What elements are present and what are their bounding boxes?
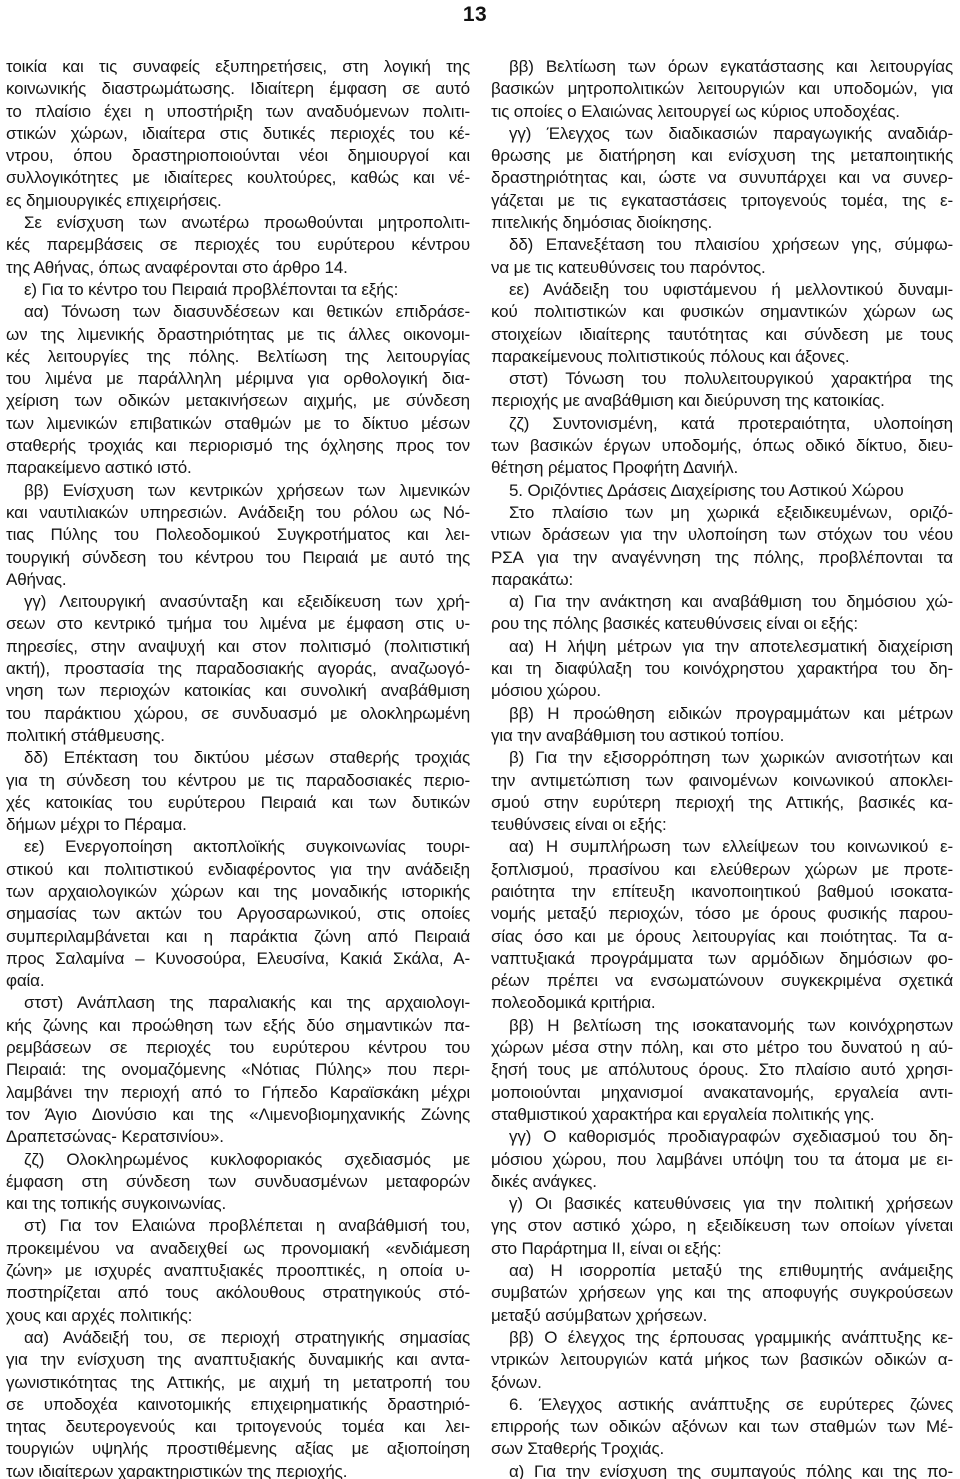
paragraph: 6. Έλεγχος αστικής ανάπτυξης σε ευρύτερε… (491, 1394, 953, 1461)
text-line: ρέων πρέπει να ενσωματώνουν συγκεκριμένα… (491, 970, 953, 992)
text-line: συμπεριλαμβάνεται και η παράκτια ζώνη απ… (6, 926, 470, 948)
text-line: παρακείμενο αστικό ιστό. (6, 457, 470, 479)
paragraph: 5. Οριζόντιες Δράσεις Διαχείρισης του Ασ… (491, 480, 953, 502)
text-line: τουργική σύνδεση του κέντρου του Πειραιά… (6, 547, 470, 569)
paragraph: στ) Για τον Ελαιώνα προβλέπεται η αναβάθ… (6, 1215, 470, 1326)
text-line: μοποιούνται μηχανισμοί ανακατανομής, εργ… (491, 1082, 953, 1104)
text-line: γάζεται με τις εγκαταστάσεις τριτογενούς… (491, 190, 953, 212)
text-line: ακτή), προστασία της παραδοσιακής αγοράς… (6, 658, 470, 680)
paragraph: ε) Για το κέντρο του Πειραιά προβλέποντα… (6, 279, 470, 301)
text-line: περιοχής με αναβάθμιση και διεύρυνση της… (491, 390, 953, 412)
text-line: μόσιου χώρου. (491, 680, 953, 702)
text-line: επιρροής των οδικών αξόνων και των σταθμ… (491, 1416, 953, 1438)
text-line: γης στον αστικό χώρο, η εξειδίκευση των … (491, 1215, 953, 1237)
paragraph: εε) Ανάδειξη του υφιστάμενου ή μελλοντικ… (491, 279, 953, 368)
paragraph: αα) Ανάδειξή του, σε περιοχή στρατηγικής… (6, 1327, 470, 1479)
text-line: στστ) Τόνωση του πολυλειτουργικού χαρακτ… (491, 368, 953, 390)
paragraph: στστ) Ανάπλαση της παραλιακής και της αρ… (6, 992, 470, 1148)
text-line: αα) Η συμπλήρωση των ελλείψεων του κοινω… (491, 836, 953, 858)
text-line: γγ) Λειτουργική ανασύνταξη και εξειδίκευ… (6, 591, 470, 613)
text-line: κής ζώνης και προώθηση των εξής δύο σημα… (6, 1015, 470, 1037)
text-line: Στο πλαίσιο των μη χωρικά εξειδικευμένων… (491, 502, 953, 524)
paragraph: ββ) Ενίσχυση των κεντρικών χρήσεων των λ… (6, 480, 470, 591)
paragraph: ββ) Η προώθηση ειδικών προγραμμάτων και … (491, 703, 953, 748)
text-line: θρωσης με διατήρηση και ενίσχυση της μετ… (491, 145, 953, 167)
text-line: του παράκτιου χώρου, σε συνδυασμό με ολο… (6, 703, 470, 725)
paragraph: αα) Η συμπλήρωση των ελλείψεων του κοινω… (491, 836, 953, 1014)
text-line: των βασικών έργων υποδομής, όπως οδικό δ… (491, 435, 953, 457)
text-line: ων της λιμενικής δραστηριότητας με τις ά… (6, 324, 470, 346)
paragraph: γγ) Ο καθορισμός προδιαγραφών σχεδιασμού… (491, 1126, 953, 1193)
text-line: ναπτυξιακά προγράμματα των αρμόδιων δημό… (491, 948, 953, 970)
text-line: προς Σαλαμίνα – Κυνοσούρα, Ελευσίνα, Κακ… (6, 948, 470, 970)
text-line: και ναυτιλιακών υπηρεσιών. Ανάδειξη του … (6, 502, 470, 524)
text-line: ζζ) Συντονισμένη, κατά προτεραιότητα, υλ… (491, 413, 953, 435)
text-line: και της τοπικής συγκοινωνίας. (6, 1193, 470, 1215)
text-line: ραιότητα την επίτευξη ικανοποιητικού βαθ… (491, 881, 953, 903)
text-line: των αρχαιολογικών χώρων και της μοναδική… (6, 881, 470, 903)
text-line: ββ) Βελτίωση των όρων εγκατάστασης και λ… (491, 56, 953, 78)
text-line: συμβατών χρήσεων γης και της αποφυγής συ… (491, 1282, 953, 1304)
text-line: αα) Η λήψη μέτρων για την αποτελεσματική… (491, 636, 953, 658)
right-column: ββ) Βελτίωση των όρων εγκατάστασης και λ… (491, 56, 953, 1479)
paragraph: ββ) Βελτίωση των όρων εγκατάστασης και λ… (491, 56, 953, 123)
text-line: ρου της πόλης βασικές κατευθύνσεις είναι… (491, 613, 953, 635)
text-line: πηρεσίες, στην αναψυχή και στον πολιτισμ… (6, 636, 470, 658)
text-line: γ) Οι βασικές κατευθύνσεις για την πολιτ… (491, 1193, 953, 1215)
paragraph: τοικία και τις συναφείς εξυπηρετήσεις, σ… (6, 56, 470, 212)
text-line: την αντιμετώπιση των φαινομένων κοινωνικ… (491, 770, 953, 792)
text-line: αα) Ανάδειξή του, σε περιοχή στρατηγικής… (6, 1327, 470, 1349)
text-line: τουργιών υψηλής προστιθέμενης αξίας με α… (6, 1438, 470, 1460)
text-line: έμφαση στη σύνδεση των συνδυασμένων μετα… (6, 1171, 470, 1193)
text-line: ντρικών λειτουργιών κατά μήκος των βασικ… (491, 1349, 953, 1371)
paragraph: αα) Τόνωση των διασυνδέσεων και θετικών … (6, 301, 470, 479)
text-line: ββ) Ενίσχυση των κεντρικών χρήσεων των λ… (6, 480, 470, 502)
text-line: και τη διαφύλαξη του κοινόχρηστου χαρακτ… (491, 658, 953, 680)
text-line: για την αναβάθμιση του αστικού τοπίου. (491, 725, 953, 747)
text-line: ΡΣΑ για την αναγέννηση της πόλης, προβλέ… (491, 547, 953, 569)
text-line: ντιων δράσεων για την υλοποίηση των στόχ… (491, 524, 953, 546)
text-line: α) Για την ενίσχυση της συμπαγούς πόλης … (491, 1461, 953, 1479)
paragraph: γγ) Λειτουργική ανασύνταξη και εξειδίκευ… (6, 591, 470, 747)
text-line: κές λειτουργίες της πόλης. Βελτίωση της … (6, 346, 470, 368)
text-line: για τη σύνδεση του κέντρου με τις παραδο… (6, 770, 470, 792)
text-line: δδ) Επέκταση του δικτύου μέσων σταθερής … (6, 747, 470, 769)
text-line: για την ενίσχυση της αναπτυξιακής δυναμι… (6, 1349, 470, 1371)
paragraph: δδ) Επέκταση του δικτύου μέσων σταθερής … (6, 747, 470, 836)
text-line: το πλαίσιο έχει η υποστήριξη των αναδυόμ… (6, 101, 470, 123)
text-line: τις οποίες ο Ελαιώνας λειτουργεί ως κύρι… (491, 101, 953, 123)
text-line: α) Για την ανάκτηση και αναβάθμιση του δ… (491, 591, 953, 613)
text-line: τητας δευτερογενούς και τριτογενούς τομέ… (6, 1416, 470, 1438)
text-line: τευθύνσεις είναι οι εξής: (491, 814, 953, 836)
text-line: ζζ) Ολοκληρωμένος κυκλοφοριακός σχεδιασμ… (6, 1149, 470, 1171)
text-line: σταθερής τροχιάς και περιορισμό της όχλη… (6, 435, 470, 457)
left-column: τοικία και τις συναφείς εξυπηρετήσεις, σ… (6, 56, 470, 1479)
text-line: σεων στο κεντρικό τμήμα του λιμένα με έμ… (6, 613, 470, 635)
text-line: στο Παράρτημα ΙΙ, είναι οι εξής: (491, 1238, 953, 1260)
text-line: πολεοδομικά κριτήρια. (491, 992, 953, 1014)
text-line: πολιτική στάθμευσης. (6, 725, 470, 747)
text-line: τοικία και τις συναφείς εξυπηρετήσεις, σ… (6, 56, 470, 78)
text-line: ε) Για το κέντρο του Πειραιά προβλέποντα… (6, 279, 470, 301)
paragraph: αα) Η λήψη μέτρων για την αποτελεσματική… (491, 636, 953, 703)
text-line: ββ) Η βελτίωση της ισοκατανομής των κοιν… (491, 1015, 953, 1037)
text-line: ββ) Ο έλεγχος της έρπουσας γραμμικής ανά… (491, 1327, 953, 1349)
text-line: ποστηρίζεται από τους ακόλουθους στρατηγ… (6, 1282, 470, 1304)
text-line: χές κατοικίας του ευρύτερου Πειραιά και … (6, 792, 470, 814)
text-line: σημασίας των ακτών του Αργοσαρωνικού, στ… (6, 903, 470, 925)
paragraph: α) Για την ενίσχυση της συμπαγούς πόλης … (491, 1461, 953, 1479)
text-line: ντρου, όπου δραστηριοποιούνται νέοι δημι… (6, 145, 470, 167)
text-line: σμού στην ευρύτερη περιοχή της Αττικής, … (491, 792, 953, 814)
text-line: γωνιστικότητας της Αττικής, με αιχμή τη … (6, 1372, 470, 1394)
text-line: των ιδιαίτερων χαρακτηριστικών της περιο… (6, 1461, 470, 1479)
text-line: 6. Έλεγχος αστικής ανάπτυξης σε ευρύτερε… (491, 1394, 953, 1416)
text-line: ζώνη» με ισχυρές αναπτυξιακές προοπτικές… (6, 1260, 470, 1282)
text-line: λαμβάνει την περιοχή από το Γήπεδο Καραϊ… (6, 1082, 470, 1104)
text-line: σων Σταθερής Τροχιάς. (491, 1438, 953, 1460)
text-line: δικές ανάγκες. (491, 1171, 953, 1193)
text-line: κού πολιτιστικών και φυσικών σημαντικών … (491, 301, 953, 323)
paragraph: γγ) Έλεγχος των διαδικασιών παραγωγικής … (491, 123, 953, 234)
text-line: δραστηριότητας και, ώστε να συνυπάρχει κ… (491, 167, 953, 189)
text-line: τον Άγιο Διονύσιο και της «Λιμενοβιομηχα… (6, 1104, 470, 1126)
text-line: στστ) Ανάπλαση της παραλιακής και της αρ… (6, 992, 470, 1014)
paragraph: στστ) Τόνωση του πολυλειτουργικού χαρακτ… (491, 368, 953, 413)
paragraph: ζζ) Συντονισμένη, κατά προτεραιότητα, υλ… (491, 413, 953, 480)
paragraph: α) Για την ανάκτηση και αναβάθμιση του δ… (491, 591, 953, 636)
text-line: κές παρεμβάσεις σε περιοχές του ευρύτερο… (6, 234, 470, 256)
text-line: ββ) Η προώθηση ειδικών προγραμμάτων και … (491, 703, 953, 725)
text-line: πιτελικής δημόσιας διοίκησης. (491, 212, 953, 234)
paragraph: ββ) Ο έλεγχος της έρπουσας γραμμικής ανά… (491, 1327, 953, 1394)
paragraph: ζζ) Ολοκληρωμένος κυκλοφοριακός σχεδιασμ… (6, 1149, 470, 1216)
paragraph: γ) Οι βασικές κατευθύνσεις για την πολιτ… (491, 1193, 953, 1260)
text-line: μόσιου χώρου, που λαμβάνει υπόψη του τα … (491, 1149, 953, 1171)
text-line: στικών χώρων, ιδιαίτερα στις δυτικές περ… (6, 123, 470, 145)
text-line: χους και αρχές πολιτικής: (6, 1305, 470, 1327)
text-line: ξόνων. (491, 1372, 953, 1394)
text-line: μεταξύ ασύμβατων χρήσεων. (491, 1305, 953, 1327)
text-line: σίας όσο και με όρους λειτουργίας και πο… (491, 926, 953, 948)
paragraph: δδ) Επανεξέταση του πλαισίου χρήσεων γης… (491, 234, 953, 279)
text-line: της Αθήνας, όπως αναφέρονται στο άρθρο 1… (6, 257, 470, 279)
text-line: ες δημιουργικές επιχειρήσεις. (6, 190, 470, 212)
page-number: 13 (0, 3, 950, 27)
paragraph: Στο πλαίσιο των μη χωρικά εξειδικευμένων… (491, 502, 953, 591)
text-line: στοιχείων ιδιαίτερης ταυτότητας και σύνδ… (491, 324, 953, 346)
paragraph: εε) Ενεργοποίηση ακτοπλοϊκής συγκοινωνία… (6, 836, 470, 992)
text-line: ξησή τους με απόλυτους όρους. Στο πλαίσι… (491, 1059, 953, 1081)
text-line: ξοπλισμού, πρασίνου και ελεύθερων χώρων … (491, 859, 953, 881)
text-line: αα) Τόνωση των διασυνδέσεων και θετικών … (6, 301, 470, 323)
text-line: χώρων μέσα στην πόλη, και στο μέτρο του … (491, 1037, 953, 1059)
text-line: εε) Ενεργοποίηση ακτοπλοϊκής συγκοινωνία… (6, 836, 470, 858)
text-line: εε) Ανάδειξη του υφιστάμενου ή μελλοντικ… (491, 279, 953, 301)
text-line: συλλογικότητες με ιδιαίτερες κουλτούρες,… (6, 167, 470, 189)
text-line: Δραπετσώνας- Κερατσινίου». (6, 1126, 470, 1148)
text-line: βασικών μητροπολιτικών λειτουργιών και υ… (491, 78, 953, 100)
text-line: κοινωνικής διαστρωμάτωσης. Ιδιαίτερη έμφ… (6, 78, 470, 100)
paragraph: β) Για την εξισορρόπηση των χωρικών ανισ… (491, 747, 953, 836)
text-line: των λιμενικών επιβατικών σταθμών με το δ… (6, 413, 470, 435)
text-line: Σε ενίσχυση των ανωτέρω προωθούνται μητρ… (6, 212, 470, 234)
text-line: αα) Η ισορροπία μεταξύ της επιθυμητής αν… (491, 1260, 953, 1282)
text-line: γγ) Έλεγχος των διαδικασιών παραγωγικής … (491, 123, 953, 145)
text-line: χείριση των οδικών μετακινήσεων αιχμής, … (6, 390, 470, 412)
text-line: του λιμένα με παράλληλη μέριμνα για ορθο… (6, 368, 470, 390)
text-line: σταθμιστικού χαρακτήρα και εργαλεία πολι… (491, 1104, 953, 1126)
text-line: φαία. (6, 970, 470, 992)
text-line: νομής μεταξύ περιοχών, τόσο με όρους φυσ… (491, 903, 953, 925)
text-line: δήμων μέχρι το Πέραμα. (6, 814, 470, 836)
text-line: ρεμβάσεων σε περιοχές του ευρύτερου κέντ… (6, 1037, 470, 1059)
text-line: σε υποδοχέα καινοτομικής επιχειρηματικής… (6, 1394, 470, 1416)
text-line: να με τις κατευθύνσεις του παρόντος. (491, 257, 953, 279)
text-line: παρακάτω: (491, 569, 953, 591)
text-line: Αθήνας. (6, 569, 470, 591)
text-line: νηση των περιοχών κατοικίας και συνολική… (6, 680, 470, 702)
text-line: θέτηση ρέματος Προφήτη Δανιήλ. (491, 457, 953, 479)
text-line: 5. Οριζόντιες Δράσεις Διαχείρισης του Ασ… (491, 480, 953, 502)
text-line: τιας Πύλης του Πολεοδομικού Συγκροτήματο… (6, 524, 470, 546)
text-line: στικού και πολιτιστικού ενδιαφέροντος γι… (6, 859, 470, 881)
text-line: β) Για την εξισορρόπηση των χωρικών ανισ… (491, 747, 953, 769)
paragraph: ββ) Η βελτίωση της ισοκατανομής των κοιν… (491, 1015, 953, 1126)
paragraph: Σε ενίσχυση των ανωτέρω προωθούνται μητρ… (6, 212, 470, 279)
text-line: Πειραιά: της ονομαζόμενης «Νότιας Πύλης»… (6, 1059, 470, 1081)
text-line: στ) Για τον Ελαιώνα προβλέπεται η αναβάθ… (6, 1215, 470, 1237)
text-line: παρακείμενους πολιτιστικούς πόλους και ά… (491, 346, 953, 368)
paragraph: αα) Η ισορροπία μεταξύ της επιθυμητής αν… (491, 1260, 953, 1327)
text-line: δδ) Επανεξέταση του πλαισίου χρήσεων γης… (491, 234, 953, 256)
text-line: προκειμένου να αναδειχθεί ως προνομιακή … (6, 1238, 470, 1260)
text-line: γγ) Ο καθορισμός προδιαγραφών σχεδιασμού… (491, 1126, 953, 1148)
